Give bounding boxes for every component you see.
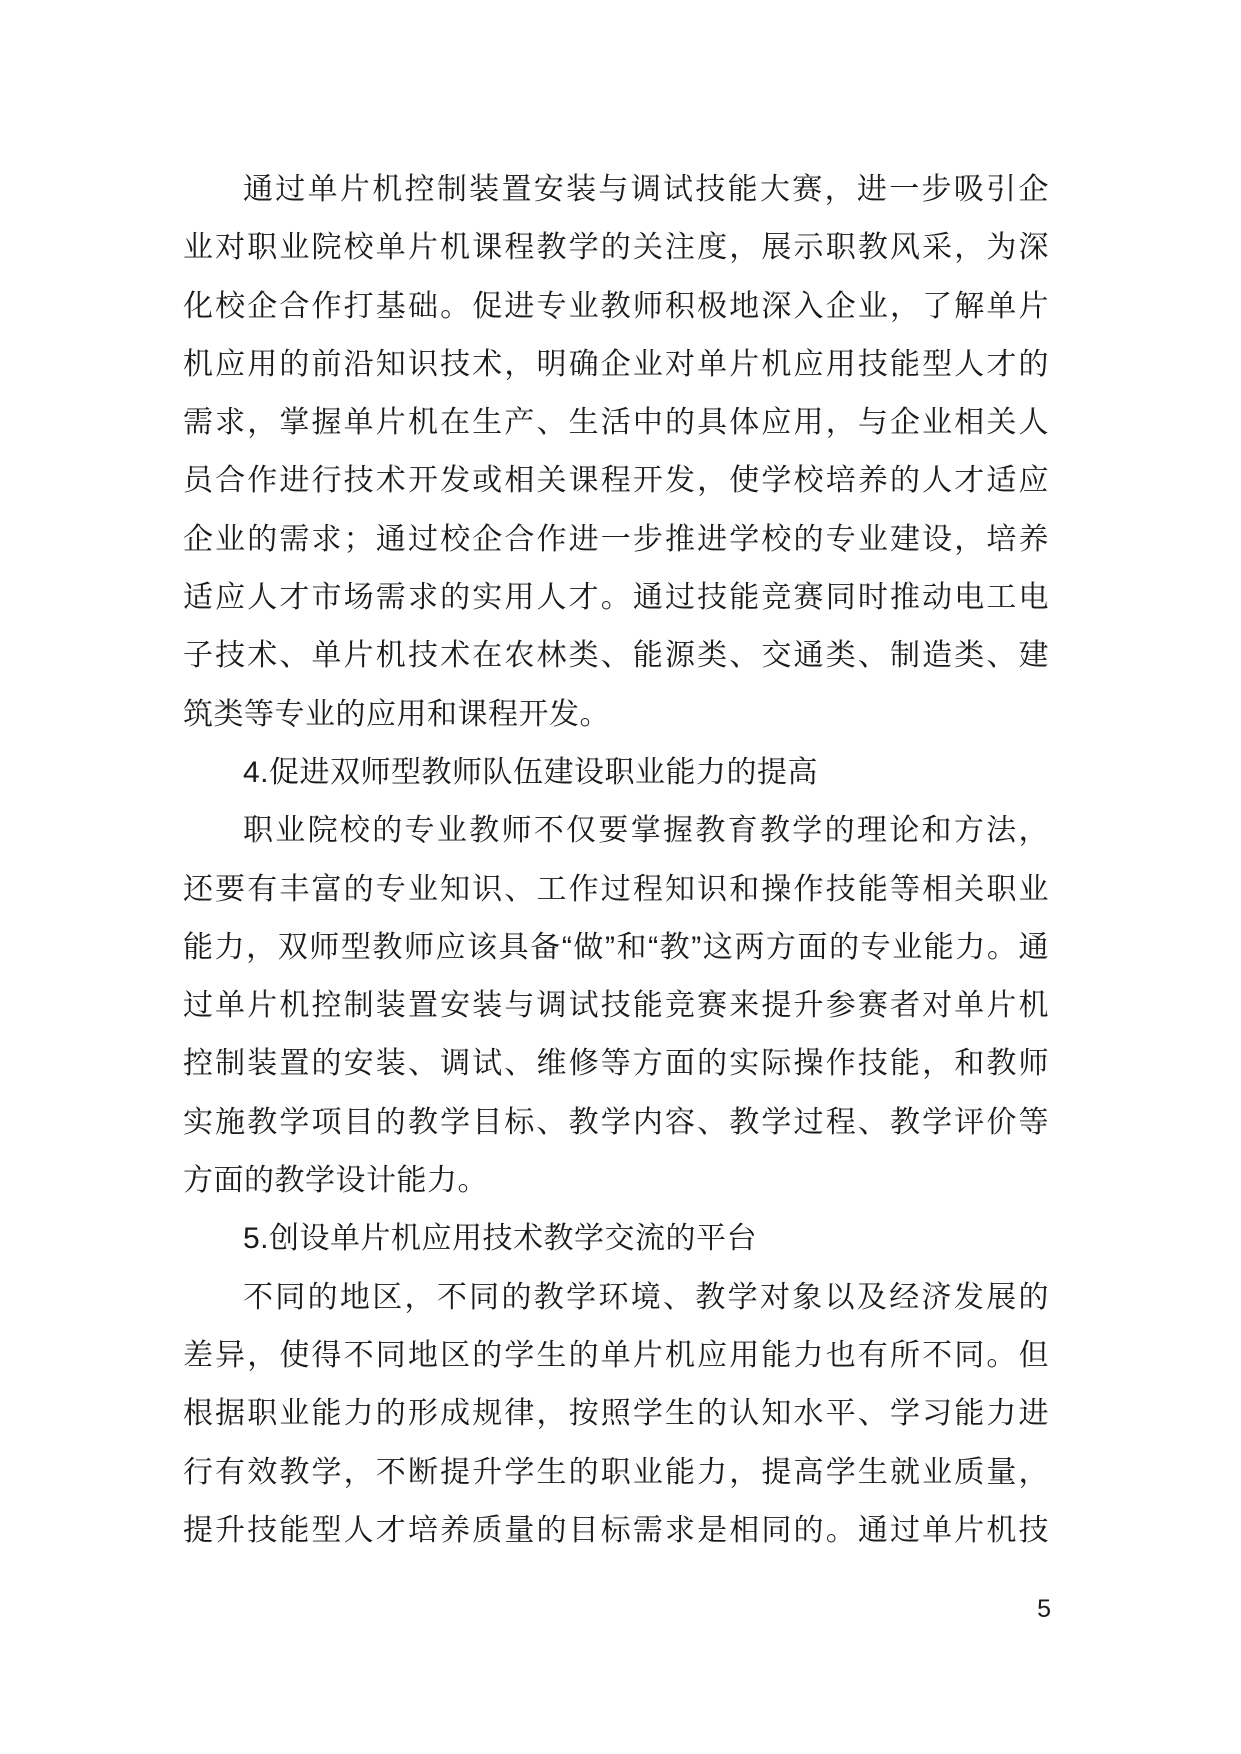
page-number: 5 xyxy=(183,1594,1051,1624)
paragraph-line: 化校企合作打基础。促进专业教师积极地深入企业，了解单片 xyxy=(183,278,1049,336)
paragraph-line: 子技术、单片机技术在农林类、能源类、交通类、制造类、建 xyxy=(183,627,1049,685)
paragraph-line: 企业的需求；通过校企合作进一步推进学校的专业建设，培养 xyxy=(183,511,1049,569)
paragraph-line: 根据职业能力的形成规律，按照学生的认知水平、学习能力进 xyxy=(183,1385,1049,1443)
paragraph-line: 筑类等专业的应用和课程开发。 xyxy=(183,686,1049,744)
paragraph-line: 行有效教学，不断提升学生的职业能力，提高学生就业质量， xyxy=(183,1444,1049,1502)
paragraph-line: 员合作进行技术开发或相关课程开发，使学校培养的人才适应 xyxy=(183,452,1049,510)
paragraph-line: 机应用的前沿知识技术，明确企业对单片机应用技能型人才的 xyxy=(183,336,1049,394)
document-page: 通过单片机控制装置安装与调试技能大赛，进一步吸引企 业对职业院校单片机课程教学的… xyxy=(0,0,1241,1754)
paragraph-line: 提升技能型人才培养质量的目标需求是相同的。通过单片机技 xyxy=(183,1502,1049,1560)
paragraph-line: 业对职业院校单片机课程教学的关注度，展示职教风采，为深 xyxy=(183,219,1049,277)
paragraph-line: 适应人才市场需求的实用人才。通过技能竞赛同时推动电工电 xyxy=(183,569,1049,627)
paragraph-line: 通过单片机控制装置安装与调试技能大赛，进一步吸引企 xyxy=(183,161,1049,219)
paragraph-line: 差异，使得不同地区的学生的单片机应用能力也有所不同。但 xyxy=(183,1327,1049,1385)
paragraph-line: 实施教学项目的教学目标、教学内容、教学过程、教学评价等 xyxy=(183,1094,1049,1152)
text-column: 通过单片机控制装置安装与调试技能大赛，进一步吸引企 业对职业院校单片机课程教学的… xyxy=(183,161,1049,1560)
paragraph-line: 需求，掌握单片机在生产、生活中的具体应用，与企业相关人 xyxy=(183,394,1049,452)
paragraph-line: 能力，双师型教师应该具备“做”和“教”这两方面的专业能力。通 xyxy=(183,919,1049,977)
paragraph-line: 过单片机控制装置安装与调试技能竞赛来提升参赛者对单片机 xyxy=(183,977,1049,1035)
section-5-heading: 5.创设单片机应用技术教学交流的平台 xyxy=(183,1210,1049,1268)
paragraph-line: 还要有丰富的专业知识、工作过程知识和操作技能等相关职业 xyxy=(183,861,1049,919)
paragraph-line: 不同的地区，不同的教学环境、教学对象以及经济发展的 xyxy=(183,1269,1049,1327)
section-4-heading: 4.促进双师型教师队伍建设职业能力的提高 xyxy=(183,744,1049,802)
paragraph-line: 职业院校的专业教师不仅要掌握教育教学的理论和方法， xyxy=(183,802,1049,860)
paragraph-line: 控制装置的安装、调试、维修等方面的实际操作技能，和教师 xyxy=(183,1035,1049,1093)
paragraph-line: 方面的教学设计能力。 xyxy=(183,1152,1049,1210)
